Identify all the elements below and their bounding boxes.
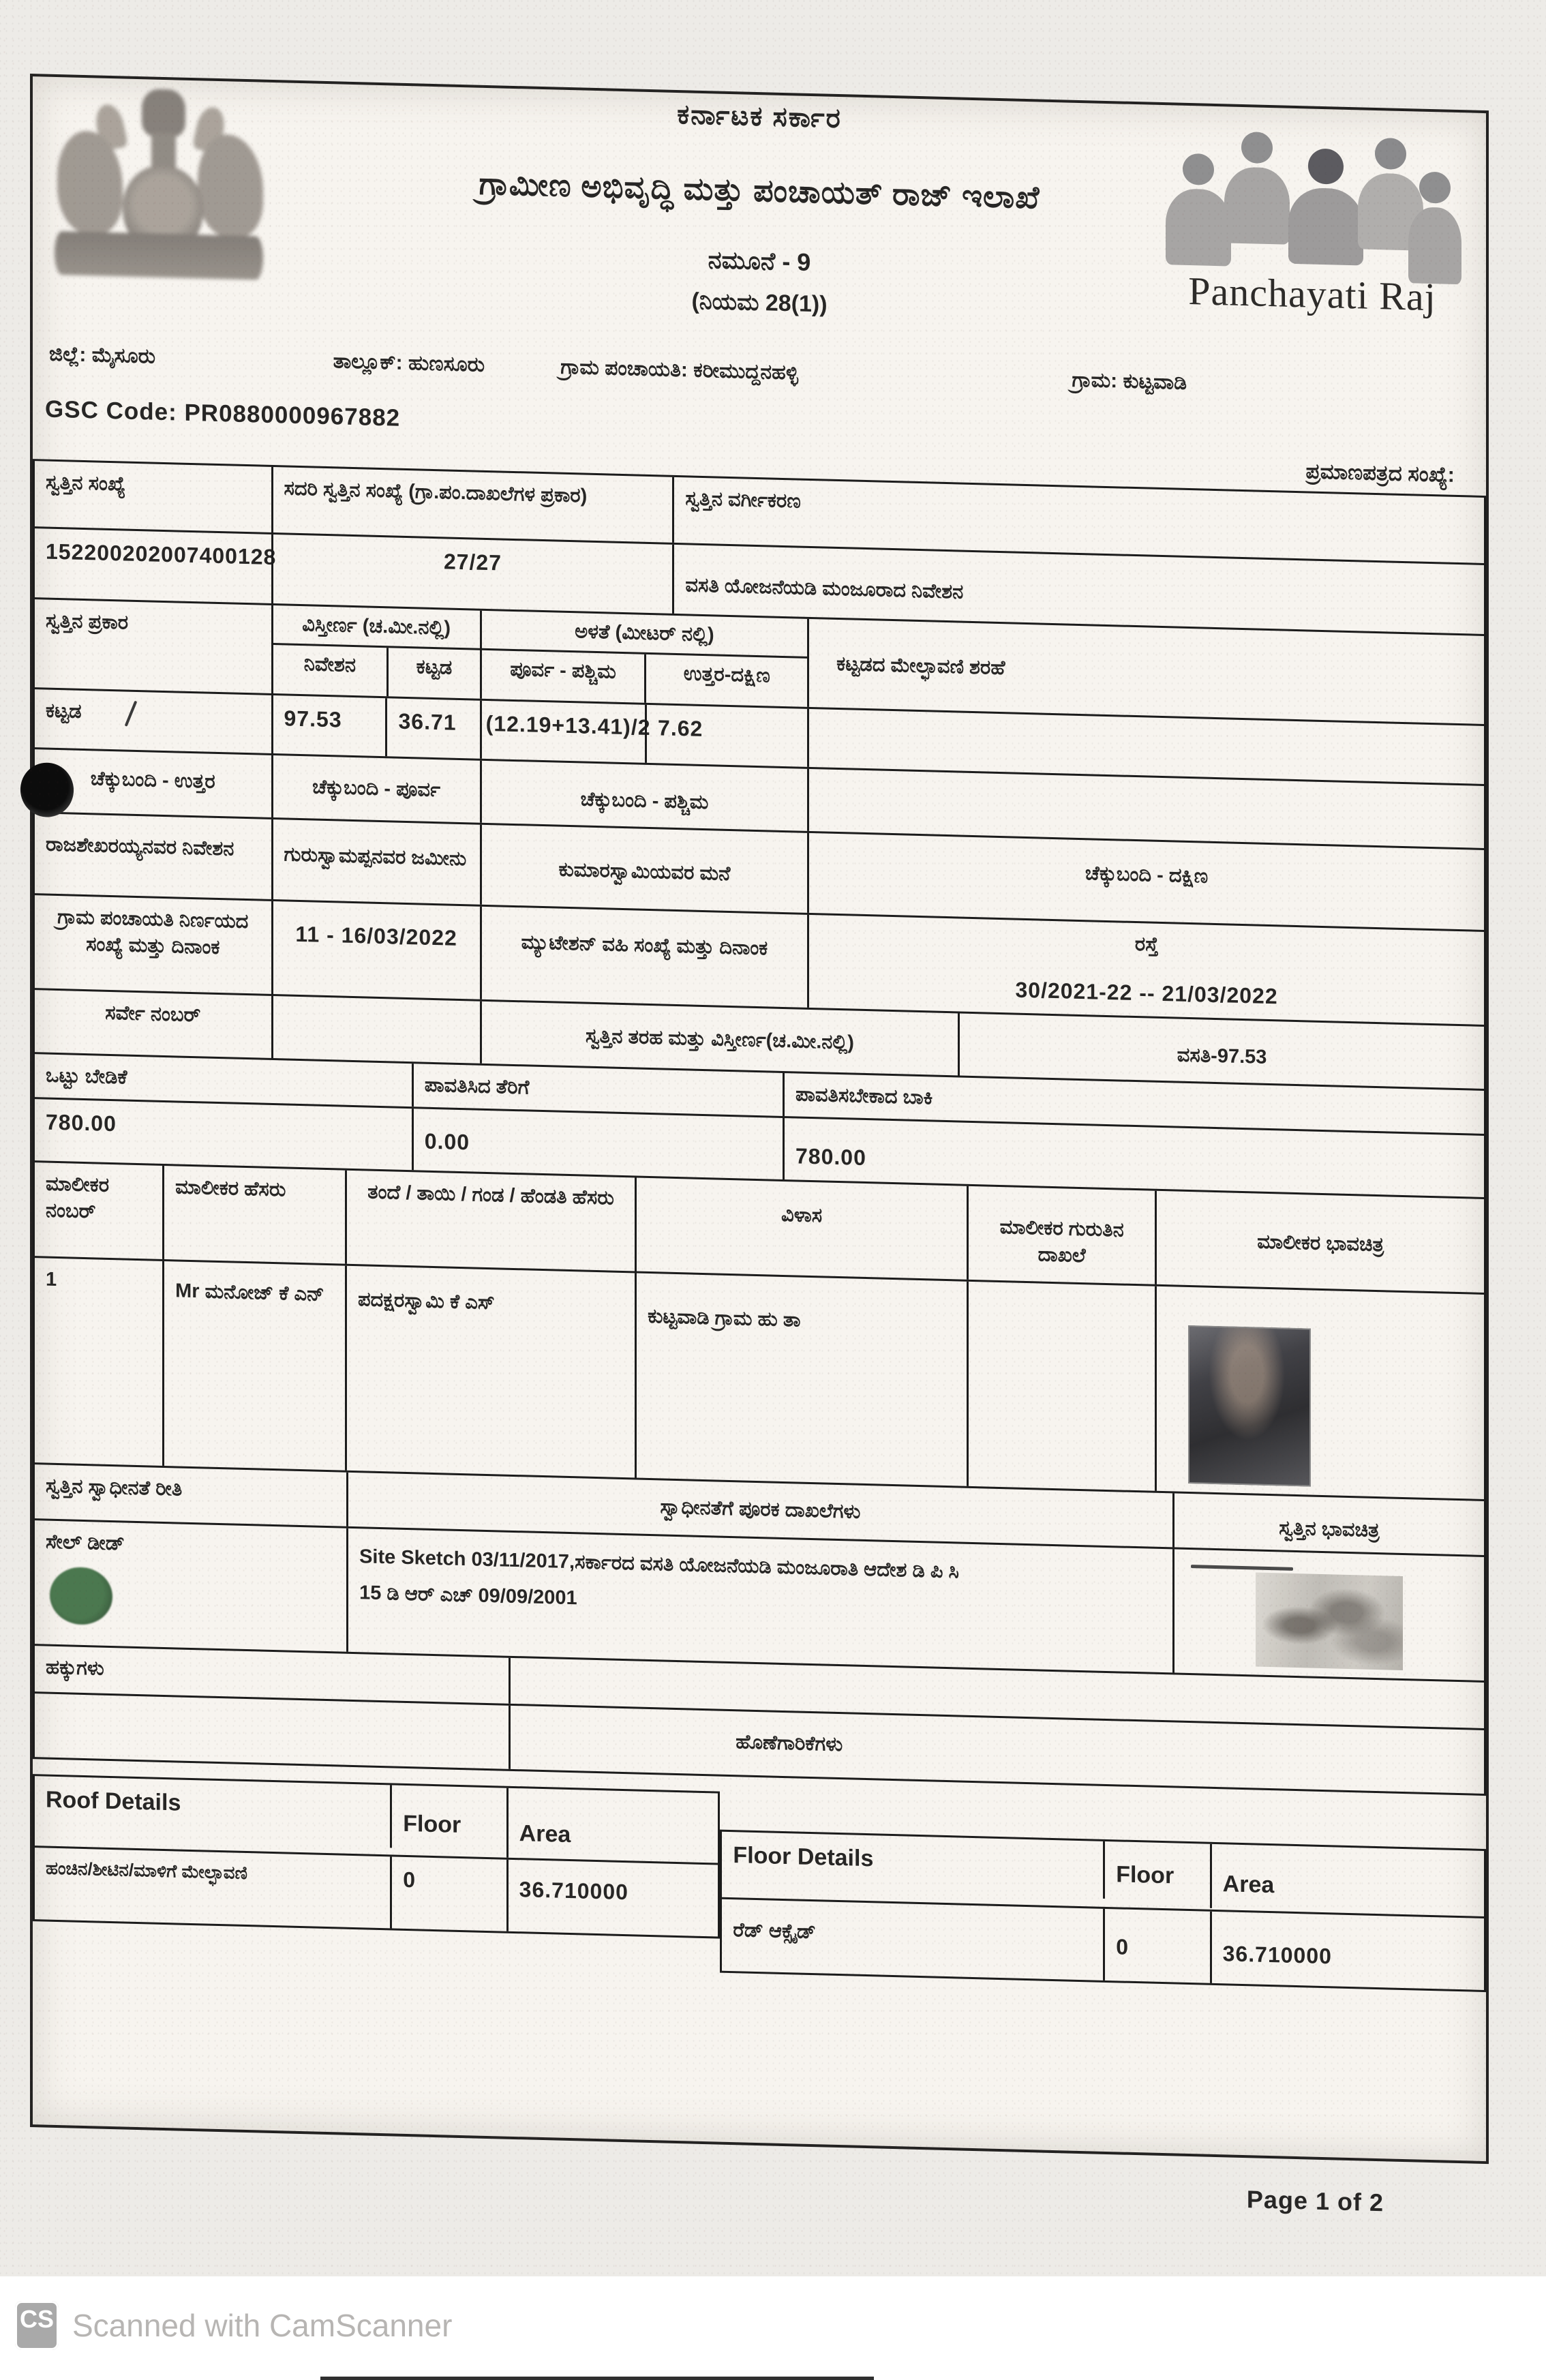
said-number-value: 27/27	[271, 534, 673, 614]
possession-mode-value: ಸೇಲ್ ಡೀಡ್	[46, 1528, 335, 1563]
property-type-label: ಸ್ವತ್ತಿನ ಪ್ರಕಾರ	[35, 599, 271, 693]
owner-photo-label: ಮಾಲೀಕರ ಭಾವಚಿತ್ರ	[1155, 1190, 1484, 1292]
gram-panchayat-value: ಗ್ರಾಮ ಪಂಚಾಯತಿ: ಕರೀಮುದ್ದನಹಳ್ಳಿ	[560, 356, 1072, 392]
taluk-value: ತಾಲ್ಲೂಕ್: ಹುಣಸೂರು	[333, 350, 560, 378]
extent-header-cell: ವಿಸ್ತೀರ್ಣ (ಚ.ಮೀ.ನಲ್ಲಿ) ನಿವೇಶನ ಕಟ್ಟಡ	[271, 605, 480, 699]
location-meta-row: ಜಿಲ್ಲೆ: ಮೈಸೂರು ತಾಲ್ಲೂಕ್: ಹುಣಸೂರು ಗ್ರಾಮ ಪ…	[33, 342, 1486, 402]
scanned-certificate-page: ಕರ್ನಾಟಕ ಸರ್ಕಾರ ಗ್ರಾಮೀಣ ಅಭಿವೃದ್ಧಿ ಮತ್ತು ಪ…	[30, 74, 1489, 2164]
owner-photo-cell	[1155, 1286, 1484, 1498]
possession-mode-cell: ಸೇಲ್ ಡೀಡ್	[35, 1520, 346, 1652]
owner-relation-value: ಪದಕ್ಷರಸ್ವಾಮಿ ಕೆ ಎಸ್	[345, 1265, 635, 1477]
boundary-west-value: ಕುಮಾರಸ್ವಾಮಿಯವರ ಮನೆ	[480, 825, 807, 913]
north-south-sublabel: ಉತ್ತರ-ದಕ್ಷಿಣ	[644, 654, 807, 707]
boundary-west-label: ಚೆಕ್ಕುಬಂದಿ - ಪಶ್ಚಿಮ	[480, 761, 807, 831]
property-type-value: ಕಟ್ಟಡ	[35, 689, 271, 753]
tax-paid-value: 0.00	[412, 1109, 783, 1179]
possession-mode-label: ಸ್ವತ್ತಿನ ಸ್ವಾಧೀನತೆ ರೀತಿ	[35, 1464, 346, 1526]
pen-mark	[1191, 1565, 1293, 1571]
liabilities-spacer	[35, 1693, 509, 1769]
said-number-label: ಸದರಿ ಸ್ವತ್ತಿನ ಸಂಖ್ಯೆ (ಗ್ರಾ.ಪಂ.ದಾಖಲೆಗಳ ಪ್…	[271, 467, 673, 543]
camscanner-mark: CS Scanned with CamScanner	[15, 2301, 452, 2350]
owner-row: 1 Mr ಮನೋಜ್ ಕೆ ಎನ್ ಪದಕ್ಷರಸ್ವಾಮಿ ಕೆ ಎಸ್ ಕು…	[35, 1256, 1484, 1499]
property-number-value: 152200202007400128	[35, 528, 271, 603]
boundary-south-value: ರಸ್ತೆ	[820, 923, 1473, 966]
owner-name-label: ಮಾಲೀಕರ ಹೆಸರು	[162, 1166, 345, 1264]
document-header: ಕರ್ನಾಟಕ ಸರ್ಕಾರ ಗ್ರಾಮೀಣ ಅಭಿವೃದ್ಧಿ ಮತ್ತು ಪ…	[33, 76, 1486, 350]
property-details-table: ಸ್ವತ್ತಿನ ಸಂಖ್ಯೆ ಸದರಿ ಸ್ವತ್ತಿನ ಸಂಖ್ಯೆ (ಗ್…	[33, 459, 1486, 1796]
kind-extent-value: ವಸತಿ-97.53	[958, 1014, 1484, 1089]
site-extent-value: 97.53	[271, 695, 386, 756]
floor-floor-cell: 0	[1103, 1909, 1209, 1983]
page-number: Page 1 of 2	[33, 2154, 1486, 2220]
owner-address-value: ಕುಟ್ಟವಾಡಿ ಗ್ರಾಮ ಹು ತಾ	[635, 1273, 967, 1486]
camscanner-footer: CS Scanned with CamScanner	[0, 2276, 1546, 2380]
building-sublabel: ಕಟ್ಟಡ	[386, 648, 479, 698]
survey-number-value	[271, 996, 480, 1064]
total-demand-value: 780.00	[35, 1100, 412, 1170]
scan-edge-line	[320, 2377, 874, 2380]
people-group-icon	[1162, 124, 1463, 265]
person-icon	[1288, 148, 1363, 266]
owner-relation-label: ತಂದೆ / ತಾಯಿ / ಗಂಡ / ಹೆಂಡತಿ ಹೆಸರು	[345, 1170, 635, 1271]
floor-desc-cell: ರೆಡ್ ಆಕ್ಸೈಡ್	[722, 1899, 1103, 1980]
property-photo-cell	[1172, 1549, 1484, 1681]
panchayati-raj-logo: Panchayati Raj	[1162, 124, 1463, 351]
roof-area-cell: 36.710000	[506, 1859, 718, 1936]
pen-mark	[124, 701, 137, 727]
floor-area-cell: 36.710000	[1210, 1912, 1484, 1990]
roof-area-header: Area	[506, 1788, 718, 1863]
roof-desc-label: ಕಟ್ಟಡದ ಮೇಲ್ಛಾವಣಿ ಶರಹೆ	[807, 619, 1484, 724]
owner-photo	[1188, 1325, 1311, 1487]
person-icon	[1224, 131, 1290, 244]
camscanner-icon: CS	[15, 2301, 59, 2350]
roof-floor-cell: 0	[390, 1856, 506, 1931]
property-number-label: ಸ್ವತ್ತಿನ ಸಂಖ್ಯೆ	[35, 461, 271, 532]
survey-number-label: ಸರ್ವೇ ನಂಬರ್	[35, 991, 271, 1059]
village-value: ಗ್ರಾಮ: ಕುಟ್ಟವಾಡಿ	[1072, 369, 1470, 402]
kind-extent-label: ಸ್ವತ್ತಿನ ತರಹ ಮತ್ತು ವಿಸ್ತೀರ್ಣ(ಚ.ಮೀ.ನಲ್ಲಿ)	[480, 1001, 958, 1076]
owner-id-value	[967, 1281, 1155, 1490]
extent-label: ವಿಸ್ತೀರ್ಣ (ಚ.ಮೀ.ನಲ್ಲಿ)	[273, 605, 480, 650]
site-sublabel: ನಿವೇಶನ	[273, 645, 387, 696]
green-stamp	[50, 1567, 112, 1625]
boundary-south-and-mutation-cell: ರಸ್ತೆ 30/2021-22 -- 21/03/2022	[807, 915, 1484, 1025]
roof-floor-band: Roof Details Floor Area ಹಂಚಿನ/ಶೀಟಿನ/ಮಾಳಿ…	[33, 1774, 1486, 1992]
floor-area-header: Area	[1210, 1844, 1484, 1915]
east-west-value: (12.19+13.41)/2	[480, 701, 645, 763]
person-icon	[1166, 153, 1231, 266]
person-icon	[1408, 171, 1461, 284]
roof-floor-header: Floor	[390, 1785, 506, 1850]
owner-id-label: ಮಾಲೀಕರ ಗುರುತಿನ ದಾಖಲೆ	[967, 1186, 1155, 1284]
floor-details-title: Floor Details	[722, 1832, 1103, 1889]
roof-details-table: Roof Details Floor Area ಹಂಚಿನ/ಶೀಟಿನ/ಮಾಳಿ…	[33, 1774, 720, 1938]
east-west-sublabel: ಪೂರ್ವ - ಪಶ್ಚಿಮ	[482, 650, 645, 703]
floor-details-table: Floor Details Floor Area ರೆಡ್ ಆಕ್ಸೈಡ್ 0 …	[720, 1829, 1486, 1991]
north-south-value: 7.62	[645, 705, 807, 767]
gp-resolution-value: 11 - 16/03/2022	[271, 901, 480, 999]
property-photo	[1256, 1572, 1403, 1670]
owner-number-value: 1	[35, 1258, 162, 1466]
mutation-label: ಮ್ಯುಟೇಶನ್ ವಹಿ ಸಂಖ್ಯೆ ಮತ್ತು ದಿನಾಂಕ	[480, 907, 807, 1008]
boundary-east-value: ಗುರುಸ್ವಾಮಪ್ಪನವರ ಜಮೀನು	[271, 819, 480, 905]
boundary-east-label: ಚೆಕ್ಕುಬಂದಿ - ಪೂರ್ವ	[271, 755, 480, 823]
owner-name-value: Mr ಮನೋಜ್ ಕೆ ಎನ್	[162, 1261, 345, 1471]
roof-desc-cell: ಹಂಚಿನ/ಶೀಟಿನ/ಮಾಳಿಗೆ ಮೇಲ್ಛಾವಣಿ	[35, 1848, 390, 1928]
measure-header-cell: ಅಳತೆ (ಮೀಟರ್ ನಲ್ಲಿ) ಪೂರ್ವ - ಪಶ್ಚಿಮ ಉತ್ತರ-…	[480, 611, 807, 707]
building-extent-value: 36.71	[385, 698, 479, 758]
camscanner-text: Scanned with CamScanner	[72, 2307, 452, 2344]
property-photo-label: ಸ್ವತ್ತಿನ ಭಾವಚಿತ್ರ	[1172, 1493, 1484, 1555]
type-value-text: ಕಟ್ಟಡ	[46, 700, 82, 723]
mutation-value: 30/2021-22 -- 21/03/2022	[820, 970, 1473, 1016]
gp-resolution-label: ಗ್ರಾಮ ಪಂಚಾಯತಿ ನಿರ್ಣಯದ ಸಂಖ್ಯೆ ಮತ್ತು ದಿನಾಂ…	[35, 895, 271, 994]
possession-docs-value: Site Sketch 03/11/2017,ಸರ್ಕಾರದ ವಸತಿ ಯೋಜನ…	[346, 1528, 1172, 1673]
karnataka-state-emblem-icon	[52, 82, 269, 292]
boundary-north-value: ರಾಜಶೇಖರಯ್ಯನವರ ನಿವೇಶನ	[35, 813, 271, 899]
owner-number-label: ಮಾಲೀಕರ ನಂಬರ್	[35, 1162, 162, 1259]
district-value: ಜಿಲ್ಲೆ: ಮೈಸೂರು	[49, 343, 333, 374]
roof-details-title: Roof Details	[35, 1776, 390, 1833]
owner-address-label: ವಿಳಾಸ	[635, 1177, 967, 1279]
floor-floor-header: Floor	[1103, 1841, 1209, 1901]
